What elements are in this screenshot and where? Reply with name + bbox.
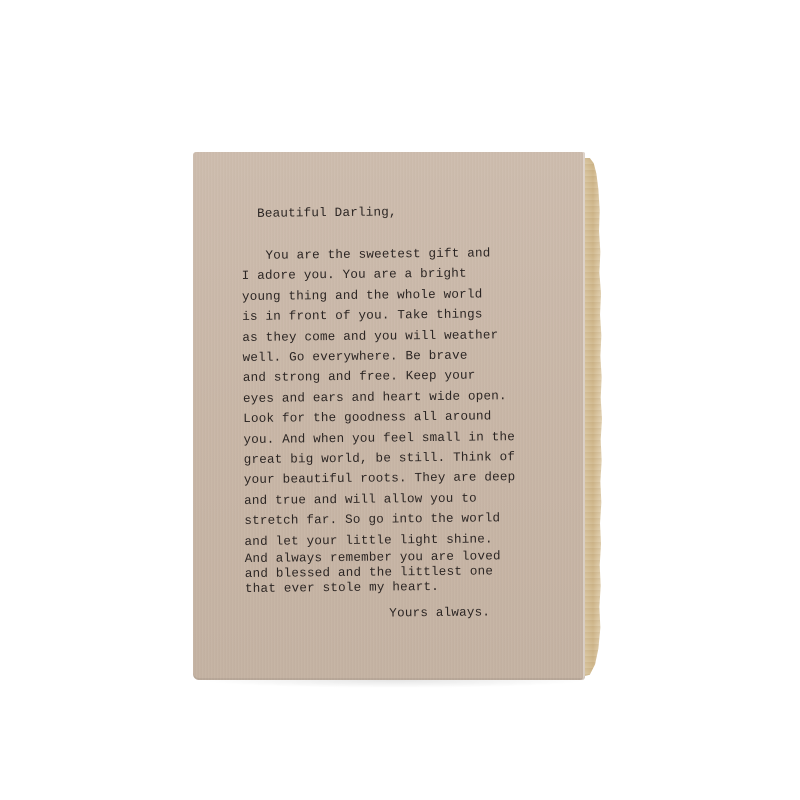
letter-signoff: Yours always. bbox=[245, 604, 545, 623]
product-photo: Beautiful Darling, You are the sweetest … bbox=[0, 0, 800, 800]
letter-card: Beautiful Darling, You are the sweetest … bbox=[193, 152, 585, 680]
letter-body: You are the sweetest gift and I adore yo… bbox=[241, 243, 545, 597]
letter-line: as they come and you will weather bbox=[242, 324, 542, 348]
letter-line: eyes and ears and heart wide open. bbox=[243, 386, 543, 410]
typed-letter: Beautiful Darling, You are the sweetest … bbox=[241, 203, 545, 623]
letter-line: stretch far. So go into the world bbox=[244, 508, 544, 532]
letter-line: that ever stole my heart. bbox=[245, 579, 545, 597]
letter-line: your beautiful roots. They are deep bbox=[244, 467, 544, 491]
letter-greeting: Beautiful Darling, bbox=[257, 203, 541, 222]
